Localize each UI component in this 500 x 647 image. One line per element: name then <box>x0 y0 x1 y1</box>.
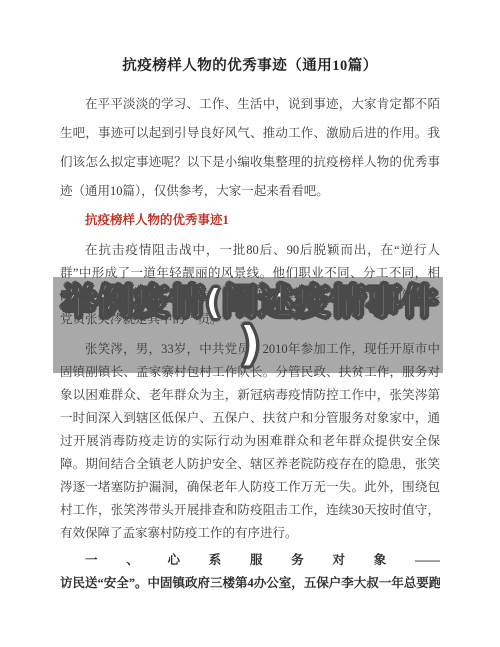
subsection-heading: 一、心系服务对象—— <box>60 549 440 572</box>
watermark-text-line-2: ) <box>0 324 500 364</box>
page-title: 抗疫榜样人物的优秀事迹（通用10篇） <box>60 56 440 77</box>
subsection-first-line: 访民送“安全”。中固镇政府三楼第4办公室，五保户李大叔一年总要跑上10 <box>60 572 440 595</box>
section-heading-1: 抗疫榜样人物的优秀事迹1 <box>60 209 440 232</box>
watermark-overlay: 举例疫情(阐述疫情事件 ) <box>0 283 500 364</box>
intro-paragraph: 在平平淡淡的学习、工作、生活中，说到事迹，大家肯定都不陌生吧，事迹可以起到引导良… <box>60 90 440 206</box>
